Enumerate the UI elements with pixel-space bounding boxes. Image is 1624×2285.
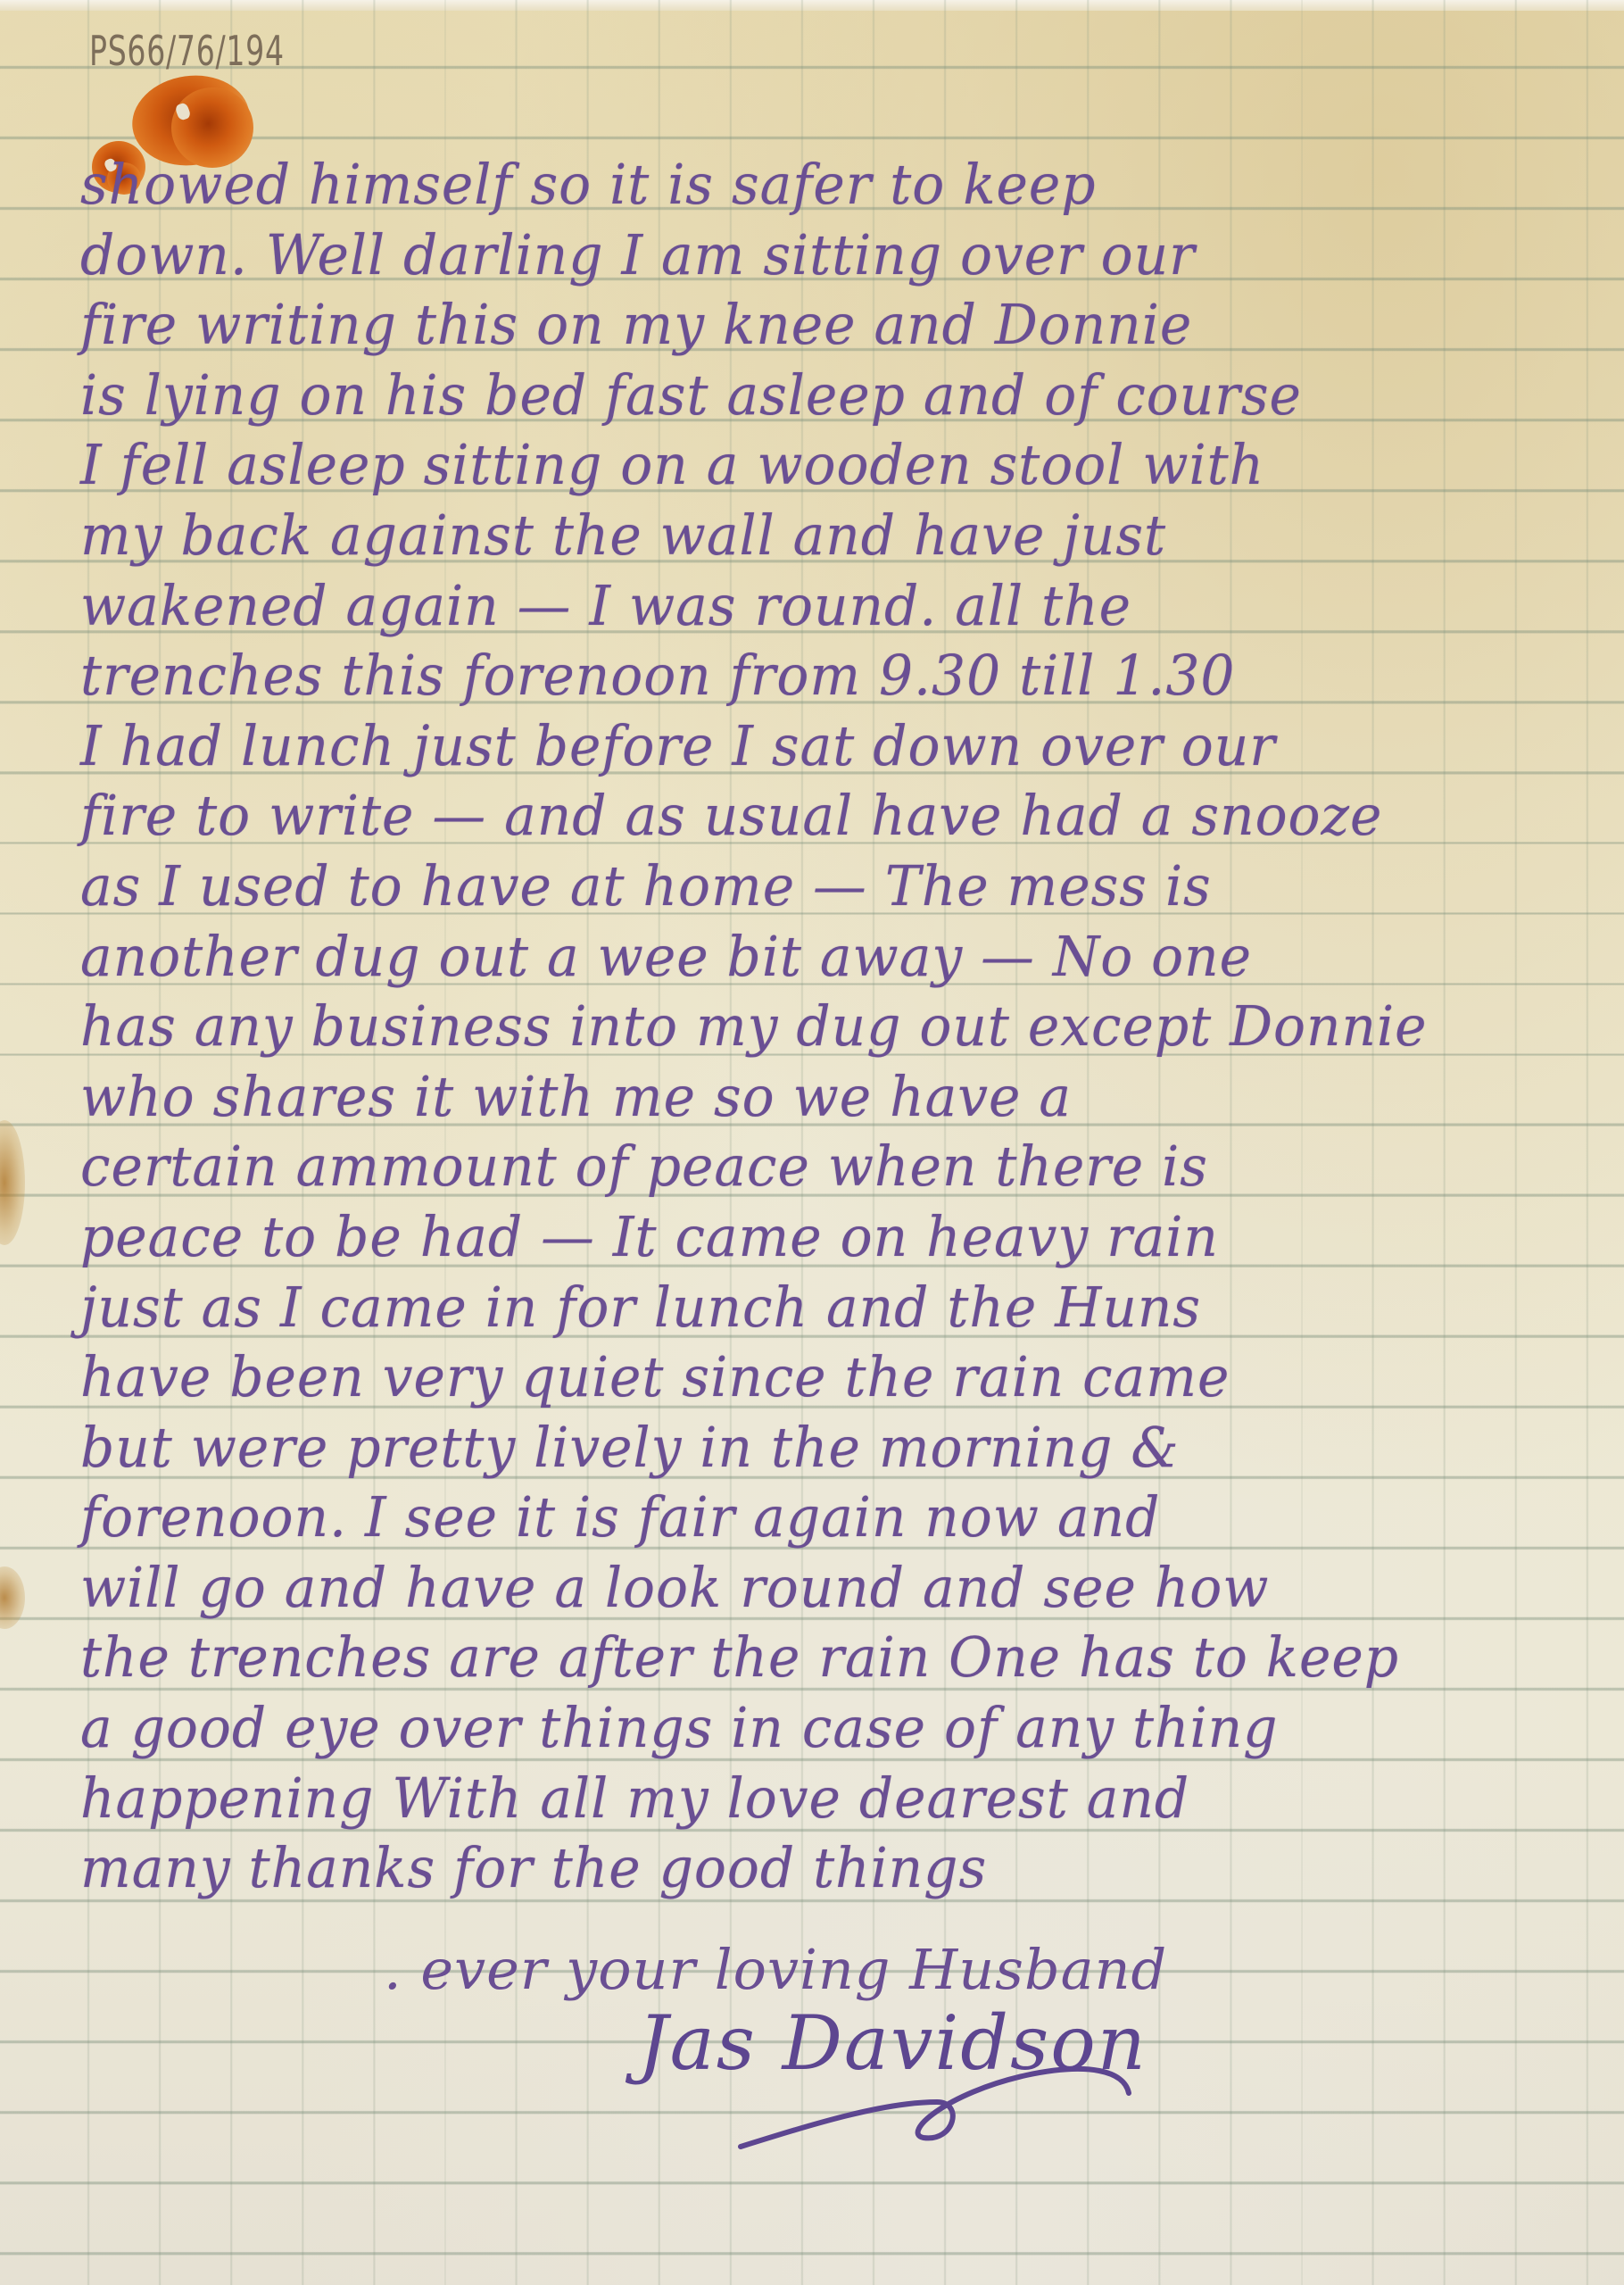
letter-line: have been very quiet since the rain came — [80, 1342, 1545, 1413]
letter-line: peace to be had — It came on heavy rain — [80, 1202, 1545, 1273]
letter-line: I fell asleep sitting on a wooden stool … — [80, 430, 1545, 501]
letter-line: trenches this forenoon from 9.30 till 1.… — [80, 641, 1545, 711]
archive-reference-number: PS66/76/194 — [89, 27, 285, 75]
letter-line: has any business into my dug out except … — [80, 992, 1545, 1062]
letter-line: down. Well darling I am sitting over our — [80, 220, 1545, 291]
letter-closing: . ever your loving Husband — [384, 1937, 1167, 2002]
letter-line: forenoon. I see it is fair again now and — [80, 1483, 1545, 1553]
letter-line: happening With all my love dearest and — [80, 1764, 1545, 1834]
letter-line: the trenches are after the rain One has … — [80, 1623, 1545, 1693]
letter-line: another dug out a wee bit away — No one — [80, 922, 1545, 993]
letter-line: fire to write — and as usual have had a … — [80, 781, 1545, 852]
letter-line: my back against the wall and have just — [80, 501, 1545, 571]
letter-line: who shares it with me so we have a — [80, 1062, 1545, 1133]
letter-line: certain ammount of peace when there is — [80, 1132, 1545, 1202]
letter-line: many thanks for the good things — [80, 1833, 1545, 1904]
letter-body: showed himself so it is safer to keepdow… — [80, 150, 1597, 1904]
letter-line: just as I came in for lunch and the Huns — [80, 1273, 1545, 1343]
signature-flourish — [732, 2053, 1142, 2160]
letter-line: is lying on his bed fast asleep and of c… — [80, 361, 1545, 431]
letter-page: PS66/76/194 showed himself so it is safe… — [0, 0, 1624, 2285]
letter-line: wakened again — I was round. all the — [80, 571, 1545, 642]
letter-line: showed himself so it is safer to keep — [80, 150, 1545, 220]
letter-line: I had lunch just before I sat down over … — [80, 711, 1545, 782]
letter-line: a good eye over things in case of any th… — [80, 1693, 1545, 1764]
letter-line: but were pretty lively in the morning & — [80, 1413, 1545, 1483]
letter-line: fire writing this on my knee and Donnie — [80, 290, 1545, 361]
letter-line: will go and have a look round and see ho… — [80, 1553, 1545, 1624]
letter-line: as I used to have at home — The mess is — [80, 852, 1545, 922]
